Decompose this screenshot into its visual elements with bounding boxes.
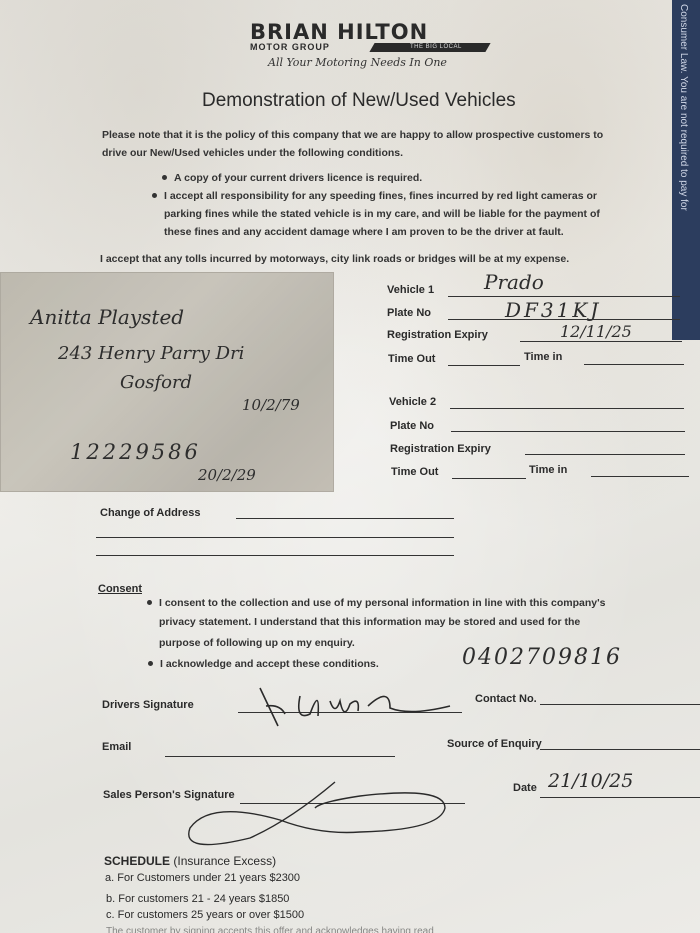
customer-address-1: 243 Henry Parry Dri bbox=[58, 343, 244, 364]
vehicle2-field[interactable] bbox=[450, 408, 684, 409]
change-of-address-field-2[interactable] bbox=[96, 537, 454, 538]
schedule-item-c: c. For customers 25 years or over $1500 bbox=[106, 909, 304, 921]
vehicle2-rego-label: Registration Expiry bbox=[390, 443, 491, 455]
licence-expiry: 20/2/29 bbox=[198, 466, 256, 484]
drivers-signature-label: Drivers Signature bbox=[102, 699, 194, 711]
vehicle1-time-out-label: Time Out bbox=[388, 353, 435, 365]
condition-fines-3: these fines and any accident damage wher… bbox=[164, 223, 564, 241]
vehicle1-plate-label: Plate No bbox=[387, 307, 431, 319]
source-of-enquiry-field[interactable] bbox=[540, 749, 700, 750]
schedule-heading: SCHEDULE (Insurance Excess) bbox=[104, 854, 276, 868]
brand-logo: BRIAN HILTON bbox=[250, 20, 428, 44]
consent-line-3: purpose of following up on my enquiry. bbox=[159, 634, 355, 652]
condition-fines-2: parking fines while the stated vehicle i… bbox=[164, 205, 600, 223]
vehicle2-time-out-field[interactable] bbox=[452, 478, 526, 479]
schedule-footer-partial: The customer by signing accepts this off… bbox=[106, 926, 434, 933]
condition-fines-1: I accept all responsibility for any spee… bbox=[164, 187, 597, 205]
vehicle2-label: Vehicle 2 bbox=[389, 396, 436, 408]
schedule-item-b: b. For customers 21 - 24 years $1850 bbox=[106, 893, 289, 905]
customer-dob: 10/2/79 bbox=[242, 396, 300, 414]
vehicle1-plate-value: DF31KJ bbox=[505, 298, 601, 322]
change-of-address-field-3[interactable] bbox=[96, 555, 454, 556]
contact-label: Contact No. bbox=[475, 693, 537, 705]
vehicle1-label: Vehicle 1 bbox=[387, 284, 434, 296]
vehicle2-plate-label: Plate No bbox=[390, 420, 434, 432]
contact-value: 0402709816 bbox=[462, 645, 622, 670]
email-field[interactable] bbox=[165, 756, 395, 757]
consent-line-2: privacy statement. I understand that thi… bbox=[159, 613, 580, 631]
customer-name: Anitta Playsted bbox=[30, 305, 184, 329]
licence-number: 12229586 bbox=[70, 440, 201, 464]
vehicle1-rego-field[interactable] bbox=[520, 341, 682, 342]
drivers-signature-scribble bbox=[240, 676, 470, 736]
brand-badge: THE BIG LOCAL bbox=[410, 44, 462, 50]
vehicle1-rego-label: Registration Expiry bbox=[387, 329, 488, 341]
email-label: Email bbox=[102, 741, 131, 753]
schedule-title: SCHEDULE bbox=[104, 854, 170, 868]
vehicle2-time-in-label: Time in bbox=[529, 464, 567, 476]
consent-acknowledge: I acknowledge and accept these condition… bbox=[160, 655, 379, 673]
vehicle2-plate-field[interactable] bbox=[451, 431, 685, 432]
brand-sub: MOTOR GROUP bbox=[250, 42, 330, 52]
tolls-statement: I accept that any tolls incurred by moto… bbox=[100, 250, 569, 268]
condition-licence: A copy of your current drivers licence i… bbox=[174, 169, 422, 187]
change-of-address-field-1[interactable] bbox=[236, 518, 454, 519]
schedule-subtitle: (Insurance Excess) bbox=[173, 854, 276, 868]
consent-line-1: I consent to the collection and use of m… bbox=[159, 594, 605, 612]
change-of-address-label: Change of Address bbox=[100, 507, 200, 519]
consent-heading: Consent bbox=[98, 583, 142, 595]
vehicle1-time-out-field[interactable] bbox=[448, 365, 520, 366]
vehicle2-rego-field[interactable] bbox=[525, 454, 685, 455]
vehicle1-time-in-label: Time in bbox=[524, 351, 562, 363]
vehicle1-rego-value: 12/11/25 bbox=[560, 322, 632, 341]
background-document-strip: Consumer Law. You are not required to pa… bbox=[672, 0, 700, 340]
vehicle1-value: Prado bbox=[484, 270, 544, 294]
date-value: 21/10/25 bbox=[548, 770, 633, 792]
intro-line-2: drive our New/Used vehicles under the fo… bbox=[102, 144, 403, 162]
intro-line-1: Please note that it is the policy of thi… bbox=[102, 126, 603, 144]
sales-signature-scribble bbox=[170, 780, 460, 850]
brand-tagline: All Your Motoring Needs In One bbox=[268, 56, 447, 69]
customer-address-2: Gosford bbox=[120, 372, 192, 393]
strip-text: Consumer Law. You are not required to pa… bbox=[678, 4, 689, 211]
vehicle2-time-in-field[interactable] bbox=[591, 476, 689, 477]
vehicle2-time-out-label: Time Out bbox=[391, 466, 438, 478]
date-label: Date bbox=[513, 782, 537, 794]
vehicle1-field[interactable] bbox=[448, 296, 680, 297]
vehicle1-time-in-field[interactable] bbox=[584, 364, 684, 365]
source-of-enquiry-label: Source of Enquiry bbox=[447, 738, 542, 750]
page-title: Demonstration of New/Used Vehicles bbox=[202, 90, 516, 112]
schedule-item-a: a. For Customers under 21 years $2300 bbox=[105, 872, 300, 884]
date-field[interactable] bbox=[540, 797, 700, 798]
contact-field[interactable] bbox=[540, 704, 700, 705]
